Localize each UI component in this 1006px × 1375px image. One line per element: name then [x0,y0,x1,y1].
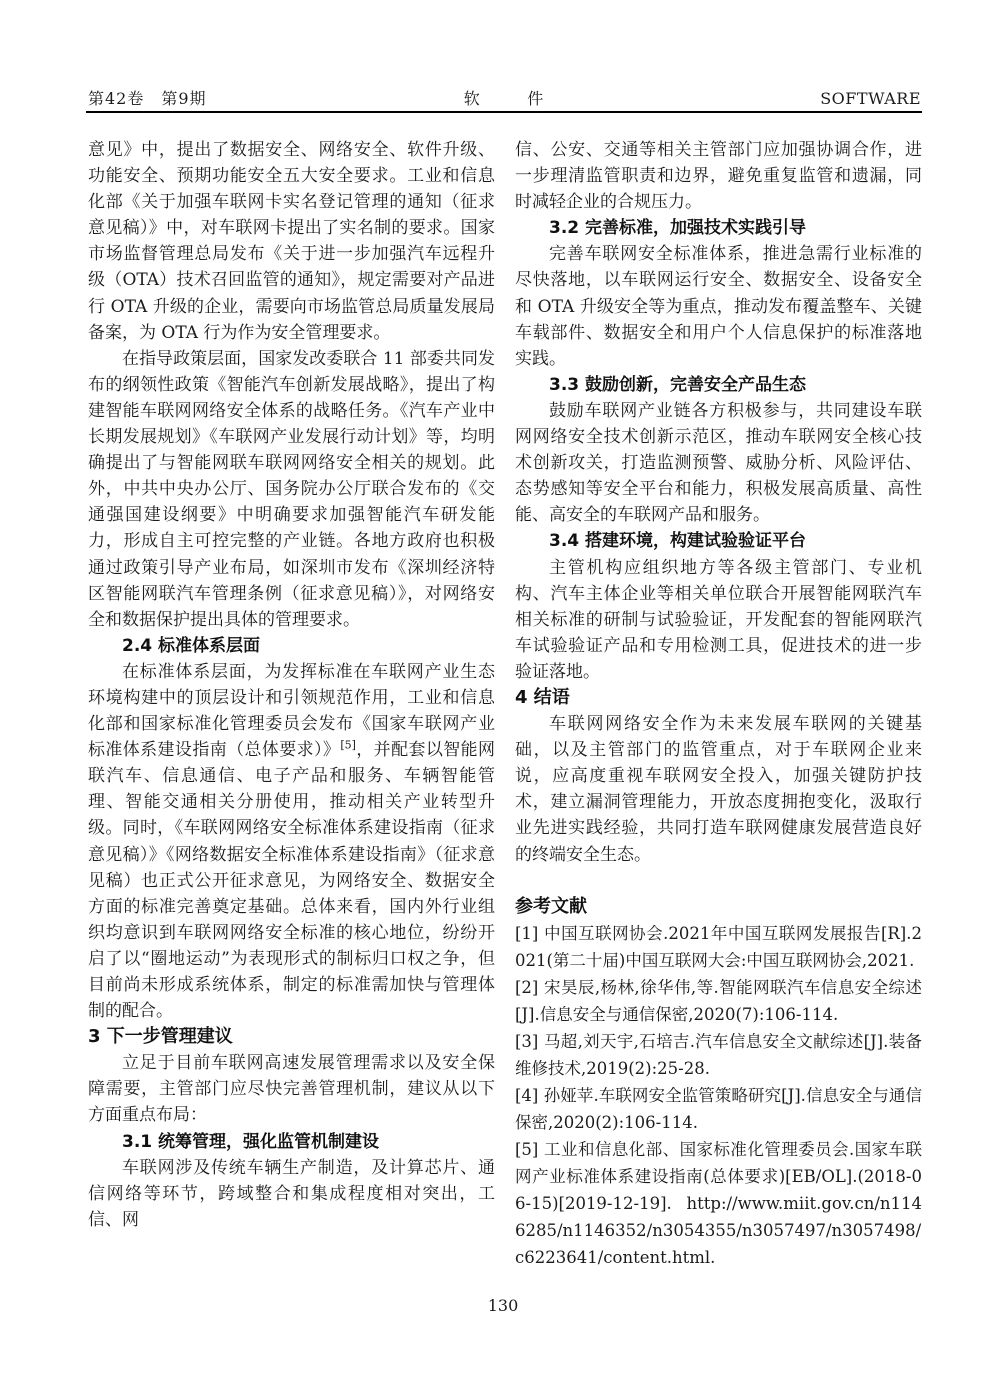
journal-page: 第42卷 第9期 软 件 SOFTWARE 意见》中，提出了数据安全、网络安全、… [0,0,1006,1375]
reference-item-2: [2] 宋昊辰,杨林,徐华伟,等.智能网联汽车信息安全综述[J].信息安全与通信… [515,974,922,1028]
right-column: 信、公安、交通等相关主管部门应加强协调合作，进一步理清监管职责和边界，避免重复监… [515,137,922,1271]
section-heading-3-4: 3.4 搭建环境，构建试验验证平台 [515,528,922,554]
page-header: 第42卷 第9期 软 件 SOFTWARE [88,89,921,109]
paragraph-3-intro: 立足于目前车联网高速发展管理需求以及安全保障需要，主管部门应尽快完善管理机制，建… [88,1050,495,1128]
paragraph-policy-requirements: 意见》中，提出了数据安全、网络安全、软件升级、功能安全、预期功能安全五大安全要求… [88,137,495,346]
paragraph-3-1: 车联网涉及传统车辆生产制造，及计算芯片、通信网络等环节，跨域整合和集成程度相对突… [88,1155,495,1233]
paragraph-3-3: 鼓励车联网产业链各方积极参与，共同建设车联网网络安全技术创新示范区，推动车联网安… [515,398,922,528]
section-heading-2-4: 2.4 标准体系层面 [88,633,495,659]
section-heading-3: 3 下一步管理建议 [88,1024,495,1050]
journal-title-en: SOFTWARE [820,89,921,109]
section-heading-3-1: 3.1 统筹管理，强化监管机制建设 [88,1129,495,1155]
paragraph-3-4: 主管机构应组织地方等各级主管部门、专业机构、汽车主体企业等相关单位联合开展智能网… [515,555,922,685]
references-heading: 参考文献 [515,894,922,920]
paragraph-3-1-continued: 信、公安、交通等相关主管部门应加强协调合作，进一步理清监管职责和边界，避免重复监… [515,137,922,215]
article-body: 意见》中，提出了数据安全、网络安全、软件升级、功能安全、预期功能安全五大安全要求… [88,137,922,1271]
reference-item-1: [1] 中国互联网协会.2021年中国互联网发展报告[R].2021(第二十届)… [515,920,922,974]
paragraph-3-2: 完善车联网安全标准体系，推进急需行业标准的尽快落地，以车联网运行安全、数据安全、… [515,241,922,371]
left-column: 意见》中，提出了数据安全、网络安全、软件升级、功能安全、预期功能安全五大安全要求… [88,137,495,1271]
page-number: 130 [488,1296,519,1315]
reference-item-5: [5] 工业和信息化部、国家标准化管理委员会.国家车联网产业标准体系建设指南(总… [515,1136,922,1271]
section-heading-3-2: 3.2 完善标准，加强技术实践引导 [515,215,922,241]
reference-item-3: [3] 马超,刘天宇,石培吉.汽车信息安全文献综述[J].装备维修技术,2019… [515,1028,922,1082]
paragraph-conclusion: 车联网网络安全作为未来发展车联网的关键基础，以及主管部门的监管重点，对于车联网企… [515,711,922,868]
paragraph-standards-system: 在标准体系层面，为发挥标准在车联网产业生态环境构建中的顶层设计和引领规范作用，工… [88,659,495,1024]
page-footer: 130 [0,1296,1006,1316]
volume-issue-label: 第42卷 第9期 [88,89,207,109]
paragraph-guidance-policy: 在指导政策层面，国家发改委联合 11 部委共同发布的纲领性政策《智能汽车创新发展… [88,346,495,633]
journal-title-cn: 软 件 [464,89,546,109]
paragraph-text: ，并配套以智能网联汽车、信息通信、电子产品和服务、车辆智能管理、智能交通相关分册… [88,740,495,1021]
section-heading-3-3: 3.3 鼓励创新，完善安全产品生态 [515,372,922,398]
header-rule [86,111,922,113]
citation-marker-5: [5] [340,739,356,752]
reference-item-4: [4] 孙娅苹.车联网安全监管策略研究[J].信息安全与通信保密,2020(2)… [515,1082,922,1136]
section-heading-4: 4 结语 [515,685,922,711]
